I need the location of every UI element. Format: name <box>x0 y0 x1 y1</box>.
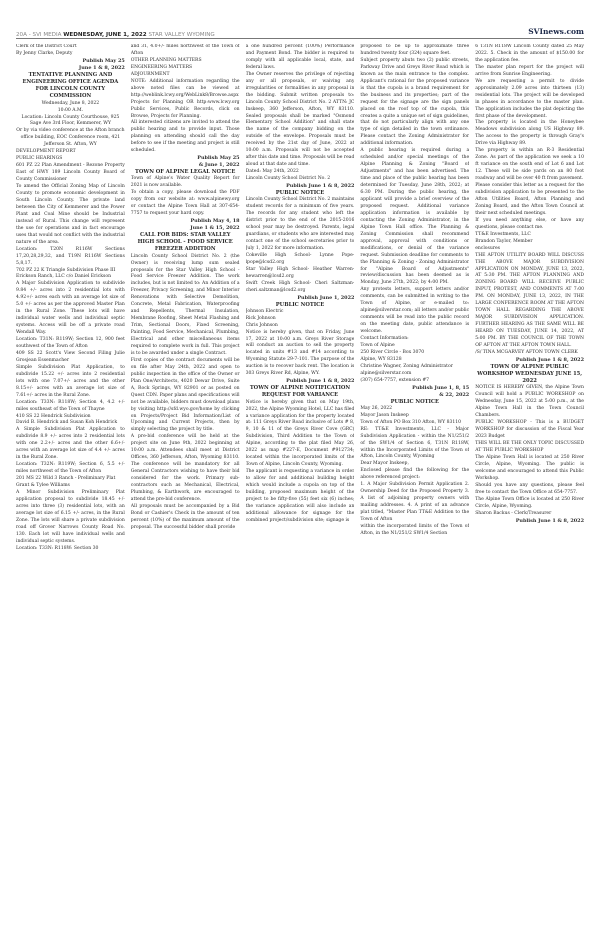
text: The applicant is requesting a variance i… <box>246 469 355 525</box>
publish-line: Publish May 25 <box>131 155 240 162</box>
page-label: 20A - SVI MEDIA <box>16 32 61 38</box>
text: Sharon Backus - Clerk/Treasurer <box>475 511 584 518</box>
text: All proposals must be accompanied by a B… <box>131 504 240 532</box>
page-header: 20A - SVI MEDIA WEDNESDAY, JUNE 1, 2022 … <box>16 24 584 39</box>
text: Subject property abuts two (2) public st… <box>360 58 469 148</box>
text: A Minor Subdivision Preliminary Plat app… <box>16 490 125 546</box>
text: To amend the Official Zoning Map of Linc… <box>16 184 125 247</box>
text: We are requesting a permit to divide app… <box>475 79 584 121</box>
text: a one hundred percent (100%) Performance… <box>246 44 355 72</box>
text: The Alpine Town Office is located at 250… <box>475 497 584 511</box>
text: Or by via video conference at the Afton … <box>16 128 125 149</box>
text: 10:00 A.M. <box>16 108 125 115</box>
text: 409 SS 22 Scott's View Second Filing Jul… <box>16 351 125 365</box>
text: 201 MS 22 Wild 3 Ranch - Preliminary Pla… <box>16 476 125 483</box>
publish-line: Publish May 25 <box>16 58 125 65</box>
text: within the incorporated limits of the To… <box>360 524 469 538</box>
text: Wednesday, June 8, 2022 <box>16 101 125 108</box>
text: Grant & Tylee Williams <box>16 483 125 490</box>
text: NOTICE IS HEREBY GIVEN, the Alpine Town … <box>475 385 584 420</box>
region-label: STAR VALLEY WYOMING <box>148 32 214 38</box>
text: /S/ TINA MCGARVEY AFTON TOWN CLERK <box>475 350 584 357</box>
text: Please consider this letter as a request… <box>475 183 584 218</box>
column-3: a one hundred percent (100%) Performance… <box>246 44 355 921</box>
text: The property is within an R-3 Residentia… <box>475 148 584 183</box>
text: Alpine, WY 83128 <box>360 357 469 364</box>
issue-date: WEDNESDAY, JUNE 1, 2022 <box>63 32 146 38</box>
text: A Simple Subdivision Plat Application to… <box>16 427 125 462</box>
text: Chris Johnson <box>246 323 355 330</box>
text: Notice is hereby given that on May 19th,… <box>246 400 355 470</box>
text: TT&E Investments, LLC <box>475 232 584 239</box>
text: By Jenny Clarke, Deputy <box>16 51 125 58</box>
publish-line: Publish June 1 & 8, 2022 <box>246 183 355 190</box>
publish-line: Publish May 4, 18 <box>131 218 240 225</box>
text: OTHER PLANNING MATTERS <box>131 58 240 65</box>
text: Town of Afton PO Box 310 Afton, WY 83110 <box>360 420 469 427</box>
publish-line: June 1 & 8, 2022 <box>16 65 125 72</box>
text: THIS WILL BE THE ONLY TOPIC DISCUSSED AT… <box>475 441 584 455</box>
text: All interested citizens are invited to a… <box>131 120 240 155</box>
text: A Major Subdivision Application to subdi… <box>16 281 125 337</box>
text: Lincoln County School District No. 2 <box>246 176 355 183</box>
text: First copies of the contract documents w… <box>131 358 240 434</box>
text: Location: Lincoln County Courthouse, 925… <box>16 115 125 129</box>
text: PUBLIC WORKSHOP - This is a BUDGET WORKS… <box>475 420 584 441</box>
text: Should you have any questions, please fe… <box>475 483 584 497</box>
text: The property is located in the Honeybee … <box>475 120 584 148</box>
text: A public hearing is required during a sc… <box>360 148 469 287</box>
text: Lincoln County School District No. 2 mai… <box>246 197 355 253</box>
text: alpine@silverstar.com <box>360 371 469 378</box>
text: To obtain a copy, please download the PD… <box>131 190 240 218</box>
text: Location: T31N: R119W; Section 12, 900 f… <box>16 337 125 351</box>
text: 601 PZ 22 Plan Amendment - Rezone Proper… <box>16 163 125 184</box>
text: and 31, 4.0+/- miles northwest of the To… <box>131 44 240 58</box>
text: Any protests letters, support letters an… <box>360 287 469 336</box>
text: Mayor Jason Inskeep <box>360 413 469 420</box>
publish-line: & June 1, 2022 <box>131 162 240 169</box>
text: Clerk of the District Court <box>16 44 125 51</box>
notice-title: CALL FOR BIDS: STAR VALLEY HIGH SCHOOL -… <box>131 232 240 254</box>
publish-line: Publish June 1 & 8, 2022 <box>475 518 584 525</box>
text: If you need anything else, or have any q… <box>475 218 584 232</box>
publish-line: Publish June 1 & 8, 2022 <box>246 378 355 385</box>
text: The master plan report for the project w… <box>475 65 584 79</box>
column-1: Clerk of the District Court By Jenny Cla… <box>16 44 125 921</box>
publish-line: & 22, 2022 <box>360 392 469 399</box>
text: THE AFTON UTILITY BOARD WILL DISCUSS THE… <box>475 253 584 350</box>
text: Town of Alpine <box>360 343 469 350</box>
text: RE: TT&E Investments, LLC - Major Subdiv… <box>360 427 469 462</box>
notice-title: TOWN OF ALPINE NOTIFICATION REQUEST FOR … <box>246 385 355 399</box>
notice-title: TOWN OF ALPINE PUBLIC WORKSHOP WEDNESDAY… <box>475 364 584 386</box>
text: The Alpine Town Hall is located at 250 R… <box>475 455 584 483</box>
legal-notices-columns: Clerk of the District Court By Jenny Cla… <box>16 44 584 921</box>
text: Location: T32N: R119W; Section 6, 5.5 +/… <box>16 462 125 476</box>
text: Location: T20N R116W Sections 17,20,28,2… <box>16 247 125 268</box>
text: The Owner reserves the privilege of reje… <box>246 72 355 169</box>
text: Cokeville High School- Lynne Pope- lpope… <box>246 253 355 267</box>
notice-title: PUBLIC NOTICE <box>246 302 355 309</box>
column-4: proposed to be up to approximate three h… <box>360 44 469 921</box>
text: May 26, 2022 <box>360 406 469 413</box>
text: Town of Alpine's Water Quality Report fo… <box>131 176 240 190</box>
column-5: 6 T31N R118W Lincoln County dated 25 May… <box>475 44 584 921</box>
column-2: and 31, 4.0+/- miles northwest of the To… <box>131 44 240 921</box>
text: Notice is hereby given, that on Friday, … <box>246 330 355 379</box>
text: Location: T33N: R118W: Section 30 <box>16 546 125 553</box>
notice-title: TENTATIVE PLANNING AND ENGINEERING OFFIC… <box>16 72 125 101</box>
text: ADJOURNMENT <box>131 72 240 79</box>
text: enclosures <box>475 246 584 253</box>
site-link[interactable]: SVInews.com <box>528 27 584 38</box>
publish-line: Publish June 1, 8, 15 <box>360 385 469 392</box>
notice-title: PUBLIC NOTICE <box>360 399 469 406</box>
publish-line: Publish June 1, 2022 <box>246 295 355 302</box>
header-left: 20A - SVI MEDIA WEDNESDAY, JUNE 1, 2022 … <box>16 32 215 38</box>
text: Christine Wagner, Zoning Administrator <box>360 364 469 371</box>
text: 6 T31N R118W Lincoln County dated 25 May… <box>475 44 584 65</box>
publish-line: June 1 & 15, 2022 <box>131 225 240 232</box>
text: Lincoln County School District No. 2 (th… <box>131 254 240 358</box>
text: Star Valley High School- Heather Warren-… <box>246 267 355 281</box>
text: 1. A Major Subdivision Permit Applicatio… <box>360 482 469 524</box>
text: NOTE: Additional information regarding t… <box>131 79 240 121</box>
publish-line: Publish June 1 & 8, 2022 <box>475 357 584 364</box>
text: Contact Information: <box>360 336 469 343</box>
text: (307) 654-7757, extension #7 <box>360 378 469 385</box>
text: Brandon Taylor, Member <box>475 239 584 246</box>
text: A pre-bid conference will be held at the… <box>131 434 240 504</box>
text: 250 River Circle - Box 3070 <box>360 350 469 357</box>
text: Johnson Electric <box>246 309 355 316</box>
text: Rick Johnson <box>246 316 355 323</box>
text: ENGINEERING MATTERS <box>131 65 240 72</box>
text: Location: T33N: R118W; Section 4, 4.2 +/… <box>16 400 125 414</box>
text: proposed to be up to approximate three h… <box>360 44 469 58</box>
text: Swift Creek High School- Cheri Saltzman-… <box>246 281 355 295</box>
text: Enclosed please find the following for t… <box>360 468 469 482</box>
text: Simple Subdivision Plat Application, to … <box>16 365 125 400</box>
